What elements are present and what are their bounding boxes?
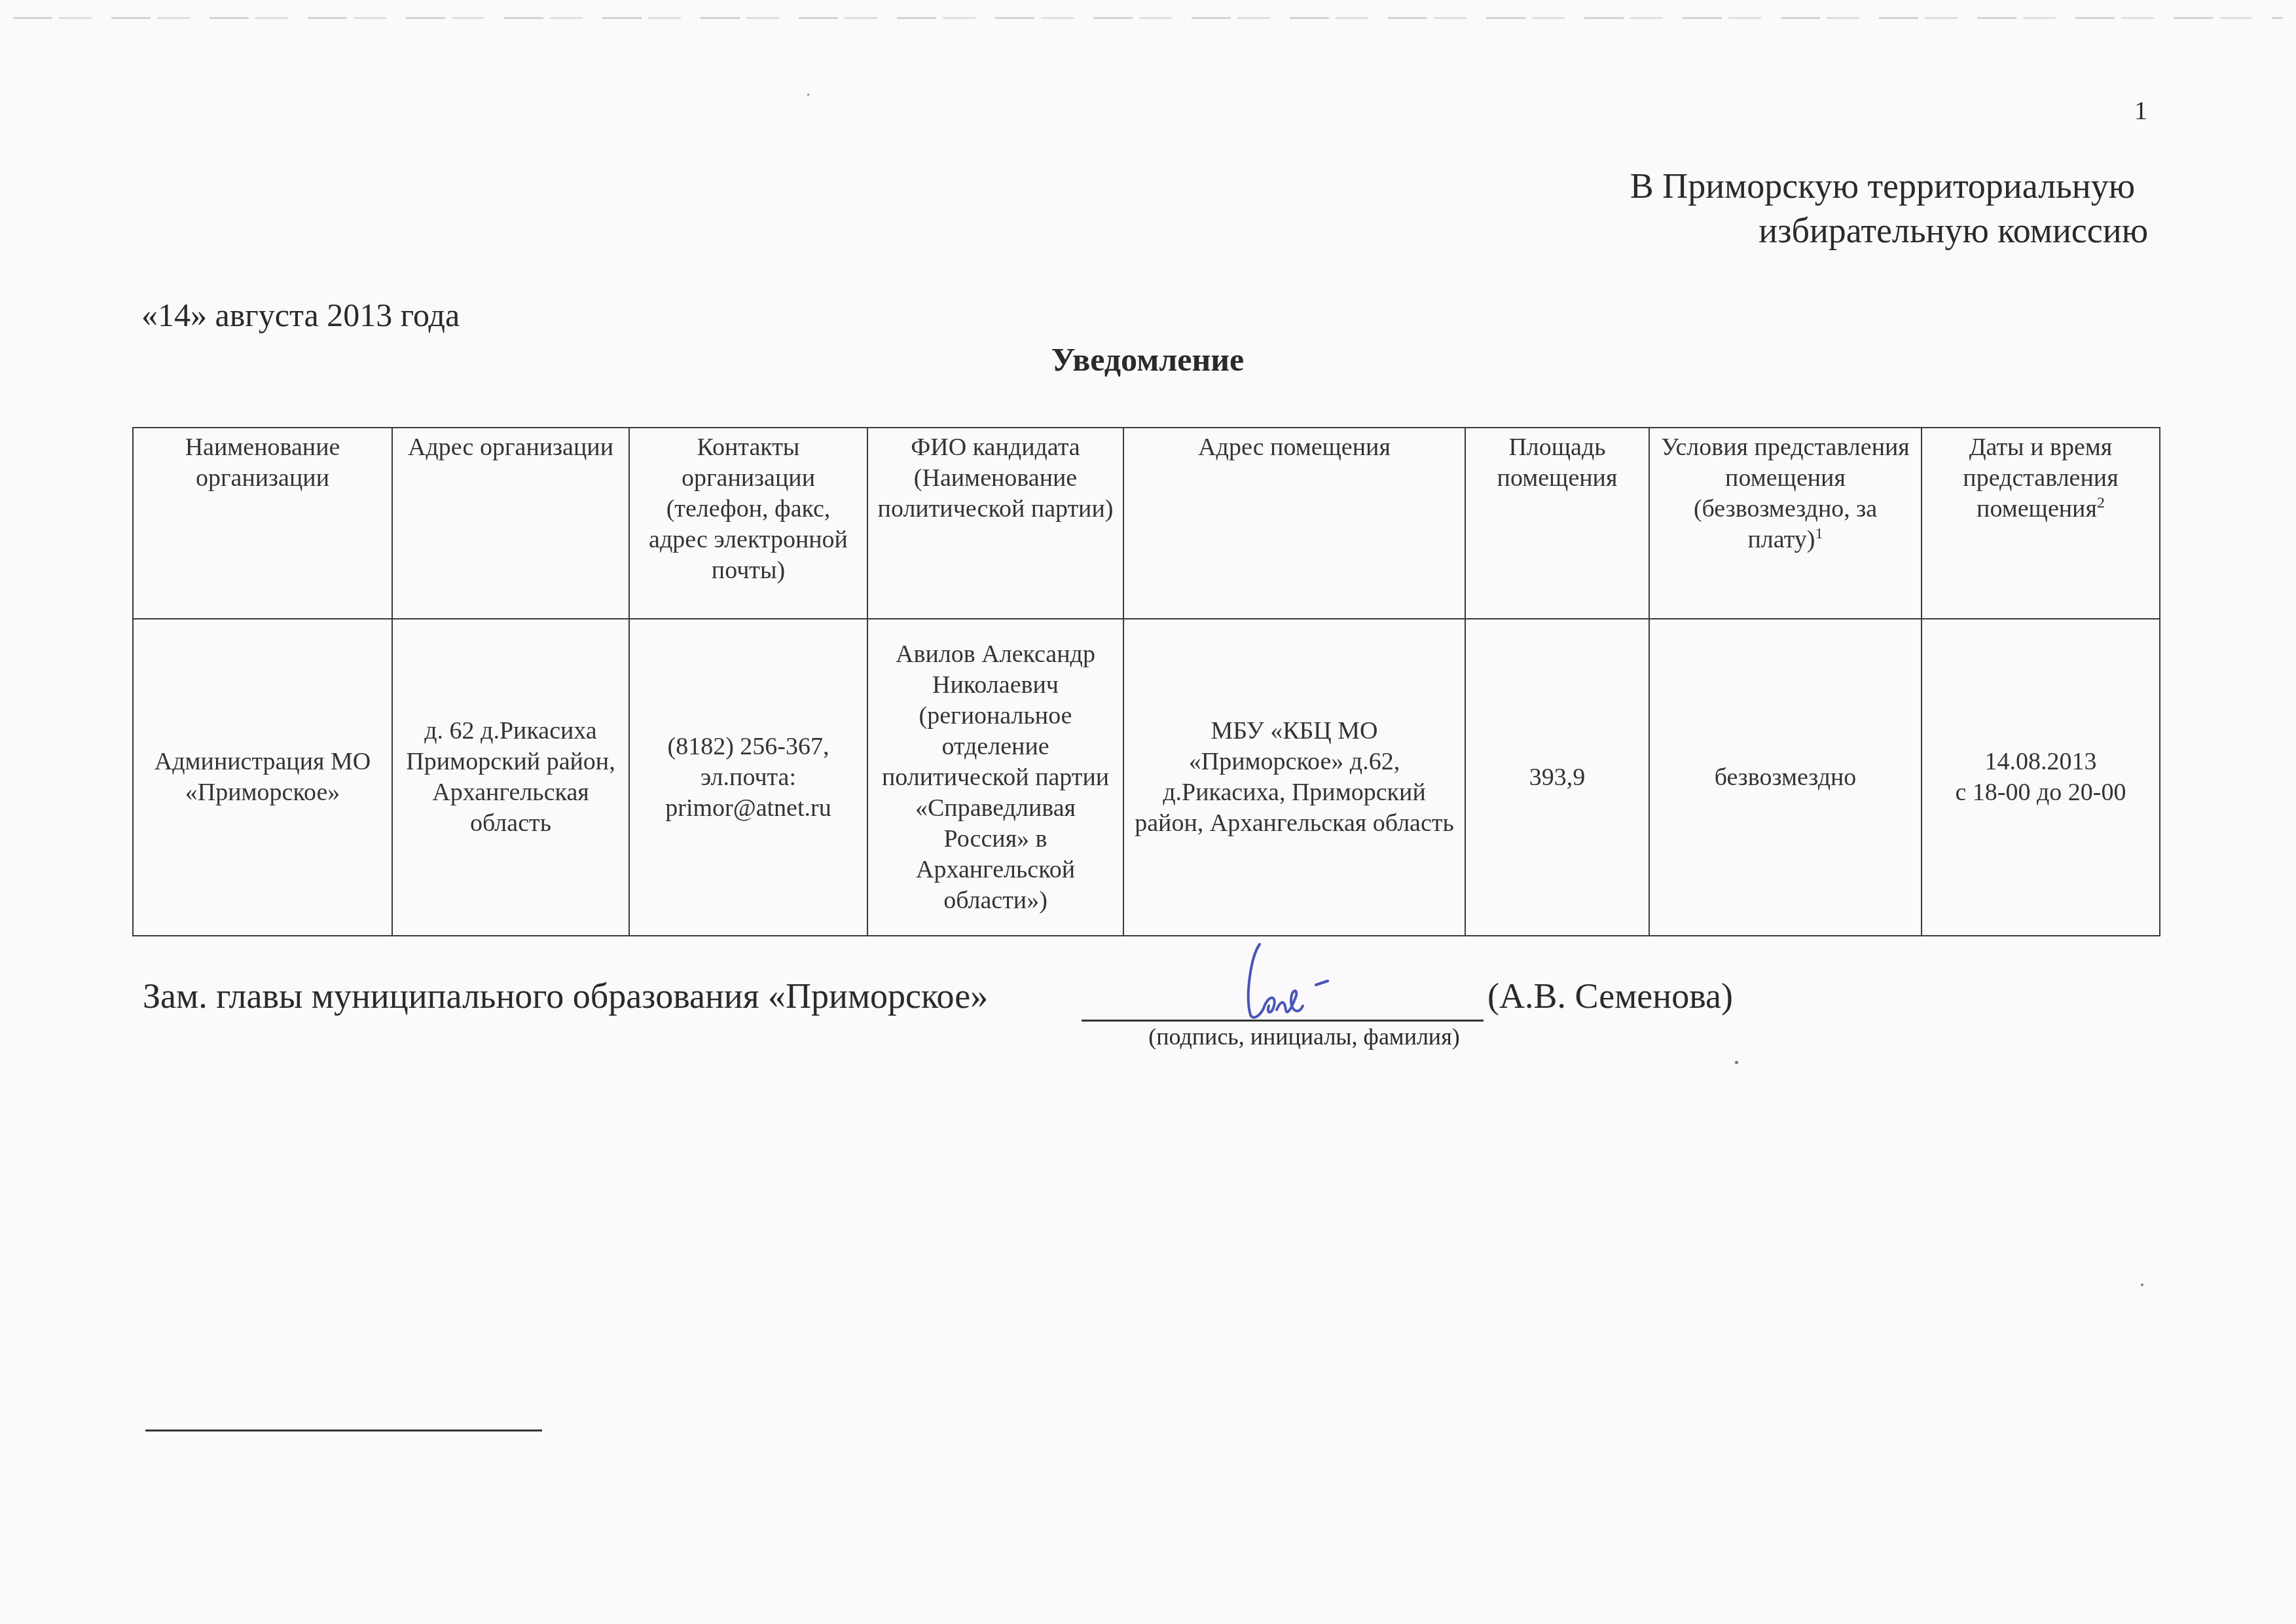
header-org-address: Адрес организации: [392, 428, 629, 619]
signatory-position: Зам. главы муниципального образования «П…: [143, 976, 988, 1016]
footnote-separator: [145, 1430, 542, 1431]
footnote-ref-2: 2: [2097, 494, 2105, 511]
addressee-block: В Приморскую территориальную избирательн…: [1428, 164, 2148, 253]
scan-edge-artifact: [13, 17, 2283, 19]
cell-dates-time: с 18-00 до 20-00: [1929, 777, 2153, 808]
table-row: Администрация МО «Приморское» д. 62 д.Ри…: [133, 619, 2160, 936]
cell-org-name: Администрация МО «Приморское»: [133, 619, 392, 936]
cell-dates-date: 14.08.2013: [1929, 747, 2153, 777]
signature-caption: (подпись, инициалы, фамилия): [1121, 1023, 1487, 1050]
signatory-name: (А.В. Семенова): [1487, 976, 1733, 1016]
header-org-name: Наименование организации: [133, 428, 392, 619]
header-terms: Условия представления помещения (безвозм…: [1649, 428, 1922, 619]
handwritten-signature-icon: [1231, 938, 1342, 1023]
addressee-line-1: В Приморскую территориальную: [1428, 164, 2148, 208]
notice-table: Наименование организации Адрес организац…: [132, 427, 2160, 936]
scan-speck: [2141, 1283, 2143, 1286]
addressee-line-2: избирательную комиссию: [1428, 208, 2148, 253]
page-number: 1: [2121, 95, 2147, 126]
table-header-row: Наименование организации Адрес организац…: [133, 428, 2160, 619]
scan-speck: [807, 94, 809, 96]
cell-area: 393,9: [1465, 619, 1649, 936]
header-area: Площадь помещения: [1465, 428, 1649, 619]
cell-terms: безвозмездно: [1649, 619, 1922, 936]
document-title: Уведомление: [951, 341, 1344, 378]
header-dates: Даты и время представления помещения2: [1922, 428, 2160, 619]
header-premises-address: Адрес помещения: [1123, 428, 1465, 619]
cell-org-contacts: (8182) 256-367, эл.почта: primor@atnet.r…: [629, 619, 867, 936]
header-candidate: ФИО кандидата (Наименование политической…: [867, 428, 1123, 619]
cell-org-address: д. 62 д.Рикасиха Приморский район, Архан…: [392, 619, 629, 936]
cell-dates: 14.08.2013 с 18-00 до 20-00: [1922, 619, 2160, 936]
header-org-contacts: Контакты организации (телефон, факс, адр…: [629, 428, 867, 619]
cell-candidate: Авилов Александр Николаевич (регионально…: [867, 619, 1123, 936]
scan-speck: [1735, 1061, 1738, 1064]
footnote-ref-1: 1: [1815, 525, 1823, 542]
cell-premises-address: МБУ «КБЦ МО «Приморское» д.62, д.Рикасих…: [1123, 619, 1465, 936]
document-date: «14» августа 2013 года: [141, 296, 460, 334]
